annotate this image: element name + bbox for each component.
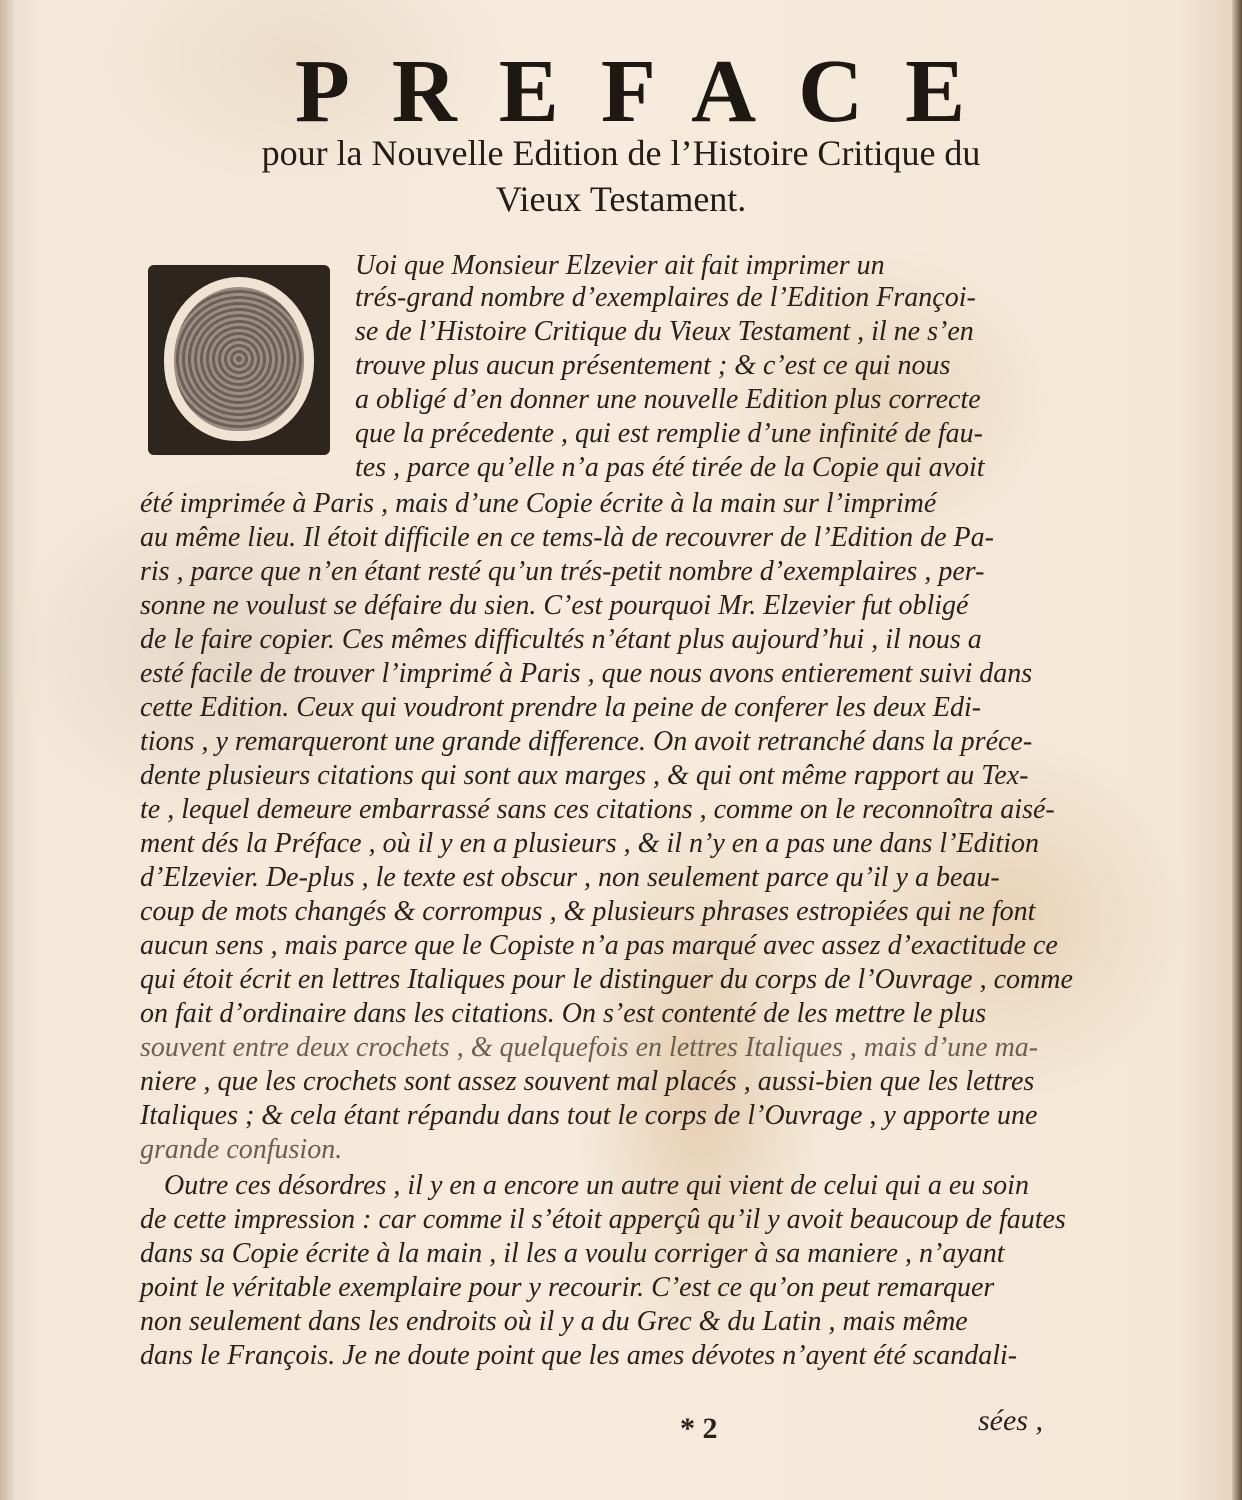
drop-cap-letter: Q <box>148 265 330 455</box>
text-line: que la précedente , qui est remplie d’un… <box>355 418 983 450</box>
text-line: sonne ne voulust se défaire du sien. C’e… <box>140 590 968 622</box>
subtitle-line-1: pour la Nouvelle Edition de l’Histoire C… <box>0 130 1242 176</box>
text-line: on fait d’ordinaire dans les citations. … <box>140 998 986 1030</box>
text-line: Italiques ; & cela étant répandu dans to… <box>140 1100 1037 1132</box>
text-line: ris , parce que n’en étant resté qu’un t… <box>140 556 984 588</box>
text-line: tions , y remarqueront une grande differ… <box>140 726 1032 758</box>
text-line: niere , que les crochets sont assez souv… <box>140 1066 1034 1098</box>
catchword: sées , <box>978 1404 1043 1438</box>
document-page: PREFACE pour la Nouvelle Edition de l’Hi… <box>0 0 1242 1500</box>
text-line: dans sa Copie écrite à la main , il les … <box>140 1238 1005 1270</box>
page-title: PREFACE <box>0 40 1242 143</box>
text-line: d’Elzevier. De-plus , le texte est obscu… <box>140 862 1000 894</box>
text-line: au même lieu. Il étoit difficile en ce t… <box>140 522 994 554</box>
text-line: Outre ces désordres , il y en a encore u… <box>164 1170 1029 1202</box>
text-line: qui étoit écrit en lettres Italiques pou… <box>140 964 1073 996</box>
text-line: aucun sens , mais parce que le Copiste n… <box>140 930 1058 962</box>
text-line: trouve plus aucun présentement ; & c’est… <box>355 350 950 382</box>
text-line: non seulement dans les endroits où il y … <box>140 1306 968 1338</box>
text-line: se de l’Histoire Critique du Vieux Testa… <box>355 316 974 348</box>
binding-edge <box>1232 0 1242 1500</box>
text-line: point le véritable exemplaire pour y rec… <box>140 1272 994 1304</box>
text-line: cette Edition. Ceux qui voudront prendre… <box>140 692 981 724</box>
signature-mark: * 2 <box>680 1412 718 1446</box>
text-line: te , lequel demeure embarrassé sans ces … <box>140 794 1055 826</box>
text-line: a obligé d’en donner une nouvelle Editio… <box>355 384 981 416</box>
text-line: trés-grand nombre d’exemplaires de l’Edi… <box>355 282 976 314</box>
text-line: tes , parce qu’elle n’a pas été tirée de… <box>355 452 985 484</box>
page-left-edge <box>0 0 14 1500</box>
text-line: coup de mots changés & corrompus , & plu… <box>140 896 1035 928</box>
subtitle-line-2: Vieux Testament. <box>0 176 1242 222</box>
text-line: souvent entre deux crochets , & quelquef… <box>140 1032 1038 1064</box>
text-line: grande confusion. <box>140 1134 342 1166</box>
text-line: de le faire copier. Ces mêmes difficulté… <box>140 624 982 656</box>
text-line: Uoi que Monsieur Elzevier ait fait impri… <box>355 250 1040 282</box>
text-line: de cette impression : car comme il s’éto… <box>140 1204 1066 1236</box>
text-line: ment dés la Préface , où il y en a plusi… <box>140 828 1039 860</box>
text-line: dans le François. Je ne doute point que … <box>140 1340 1017 1372</box>
text-line: dente plusieurs citations qui sont aux m… <box>140 760 1028 792</box>
page-subtitle: pour la Nouvelle Edition de l’Histoire C… <box>0 130 1242 222</box>
text-line: été imprimée à Paris , mais d’une Copie … <box>140 488 936 520</box>
ornamental-drop-cap: Q <box>148 265 330 455</box>
text-line: esté facile de trouver l’imprimé à Paris… <box>140 658 1032 690</box>
